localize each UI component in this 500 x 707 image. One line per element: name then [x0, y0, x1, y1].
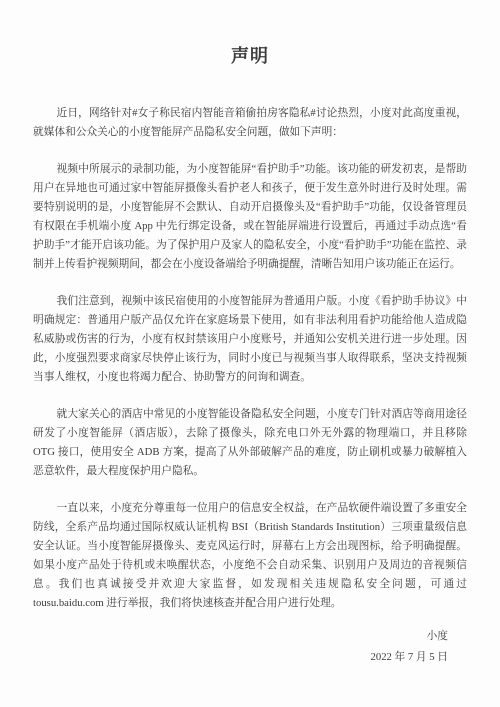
- statement-paragraph-care-assistant-function: 视频中所展示的录制功能，为小度智能屏“看护助手”功能。该功能的研发初衷，是帮助用…: [33, 160, 467, 274]
- document-body: 近日，网络针对#女子称民宿内智能音箱偷拍房客隐私#讨论热烈，小度对此高度重视，就…: [33, 104, 467, 613]
- signature-name: 小度: [33, 626, 448, 647]
- statement-paragraph-hotel-version: 就大家关心的酒店中常见的小度智能设备隐私安全问题，小度专门针对酒店等商用途径研发…: [33, 405, 467, 481]
- document-title: 声明: [0, 0, 500, 68]
- signature-date: 2022 年 7 月 5 日: [33, 647, 448, 668]
- statement-paragraph-security-certification: 一直以来，小度充分尊重每一位用户的信息安全权益，在产品软硬件端设置了多重安全防线…: [33, 499, 467, 613]
- statement-paragraph-intro: 近日，网络针对#女子称民宿内智能音箱偷拍房客隐私#讨论热烈，小度对此高度重视，就…: [33, 104, 467, 142]
- statement-document-page: 声明 近日，网络针对#女子称民宿内智能音箱偷拍房客隐私#讨论热烈，小度对此高度重…: [0, 0, 500, 707]
- statement-paragraph-user-agreement: 我们注意到，视频中该民宿使用的小度智能屏为普通用户版。小度《看护助手协议》中明确…: [33, 292, 467, 387]
- signature-block: 小度 2022 年 7 月 5 日: [33, 626, 467, 668]
